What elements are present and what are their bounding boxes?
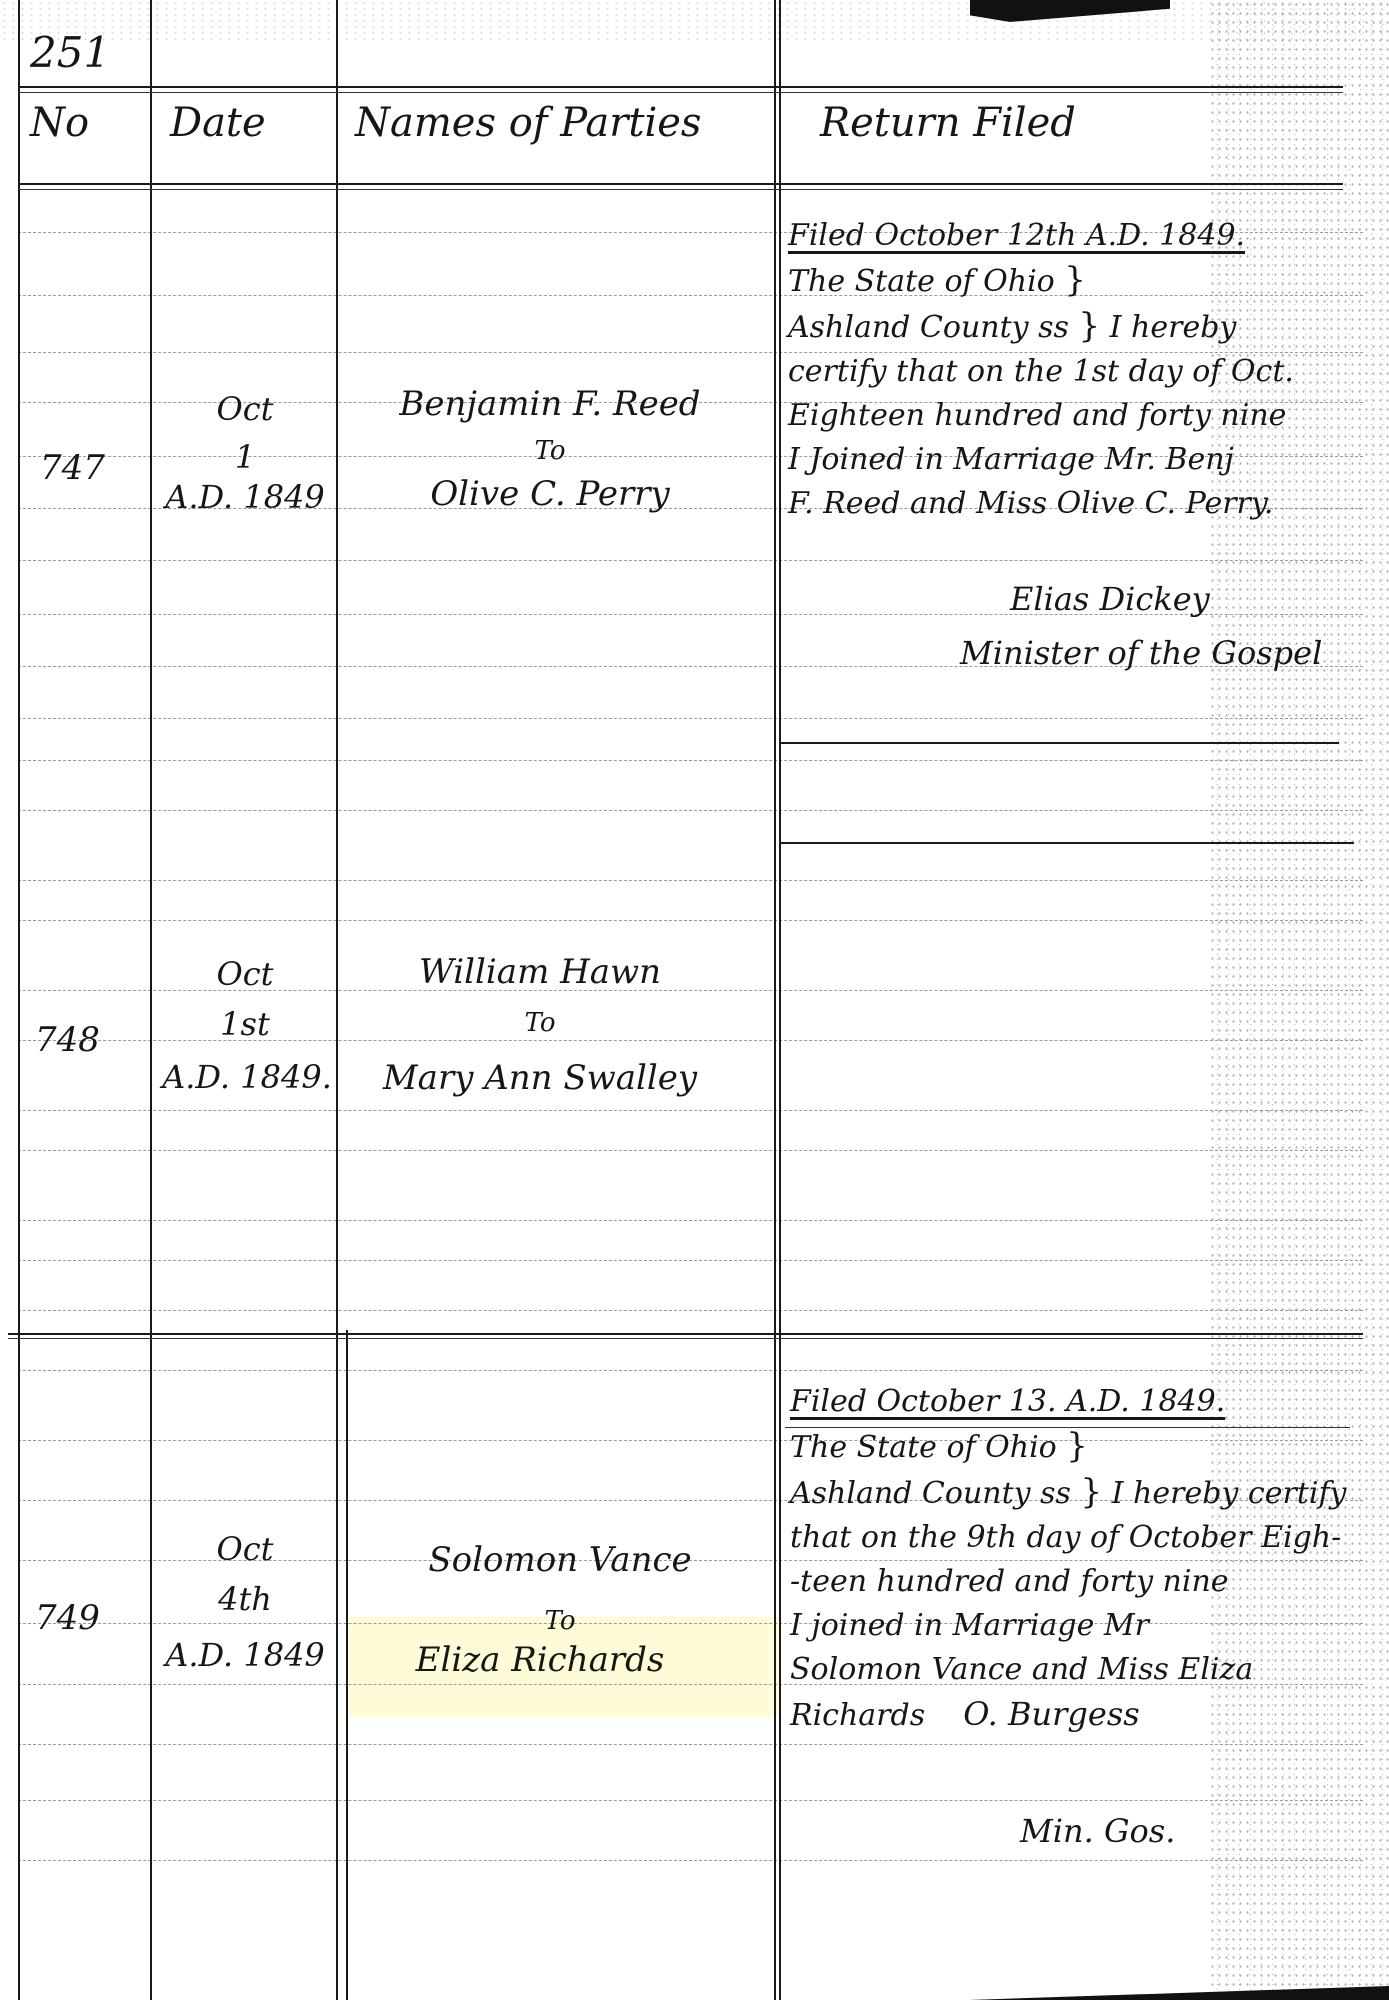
connector-to: To (535, 436, 566, 466)
officiant-title: Min. Gos. (1020, 1812, 1175, 1850)
brace-icon: } (1064, 260, 1086, 300)
return-text-line: that on the 9th day of October Eigh- (790, 1516, 1347, 1560)
brace-icon: } (1080, 1472, 1102, 1512)
officiant-title: Minister of the Gospel (960, 634, 1322, 672)
entry-date-year: A.D. 1849 (150, 478, 340, 516)
header-date: Date (170, 100, 266, 146)
brace-icon: } (1078, 306, 1100, 346)
header-names-of-parties: Names of Parties (355, 100, 701, 146)
header-no: No (30, 100, 89, 146)
return-text-line: -teen hundred and forty nine (790, 1560, 1347, 1604)
entry-date-day: 1 (150, 438, 340, 476)
return-text-line: I Joined in Marriage Mr. Benj (788, 438, 1294, 482)
return-filed-747: Filed October 12th A.D. 1849. The State … (788, 214, 1294, 526)
return-text-line: certify that on the 1st day of Oct. (788, 350, 1294, 394)
return-text-line: F. Reed and Miss Olive C. Perry. (788, 482, 1294, 526)
connector-to: To (525, 1008, 556, 1038)
entry-date-month: Oct (150, 1530, 340, 1568)
return-filed-749: Filed October 13. A.D. 1849. The State o… (790, 1380, 1347, 1738)
county-line: Ashland County ss } I hereby (788, 304, 1294, 350)
page-number: 251 (30, 28, 110, 77)
entry-number: 749 (35, 1598, 100, 1638)
filed-date: Filed October 12th A.D. 1849. (788, 214, 1294, 258)
header-return-filed: Return Filed (820, 100, 1076, 146)
state-line: The State of Ohio } (790, 1424, 1347, 1470)
groom-name: Benjamin F. Reed (320, 384, 780, 424)
groom-name: William Hawn (310, 952, 770, 992)
county-line: Ashland County ss } I hereby certify (790, 1470, 1347, 1516)
return-text-line: Solomon Vance and Miss Eliza (790, 1648, 1347, 1692)
filed-date: Filed October 13. A.D. 1849. (790, 1380, 1347, 1424)
officiant-signature: Elias Dickey (1010, 580, 1210, 618)
entry-number: 747 (40, 448, 105, 488)
bride-name: Olive C. Perry (320, 474, 780, 514)
entry-number: 748 (35, 1020, 100, 1060)
officiant-signature: O. Burgess (963, 1695, 1139, 1733)
entry-date-month: Oct (150, 390, 340, 428)
state-line: The State of Ohio } (788, 258, 1294, 304)
scan-noise-top (0, 0, 1389, 40)
groom-name: Solomon Vance (330, 1540, 790, 1580)
bride-name: Eliza Richards (310, 1640, 770, 1680)
bride-name: Mary Ann Swalley (310, 1058, 770, 1098)
signature-line: Richards O. Burgess (790, 1692, 1347, 1738)
return-text-line: Eighteen hundred and forty nine (788, 394, 1294, 438)
return-text-line: I joined in Marriage Mr (790, 1604, 1347, 1648)
entry-date-day: 4th (150, 1580, 340, 1618)
brace-icon: } (1066, 1426, 1088, 1466)
ledger-page: 251 No Date Names of Parties Return File… (0, 0, 1389, 2000)
connector-to: To (545, 1606, 576, 1636)
